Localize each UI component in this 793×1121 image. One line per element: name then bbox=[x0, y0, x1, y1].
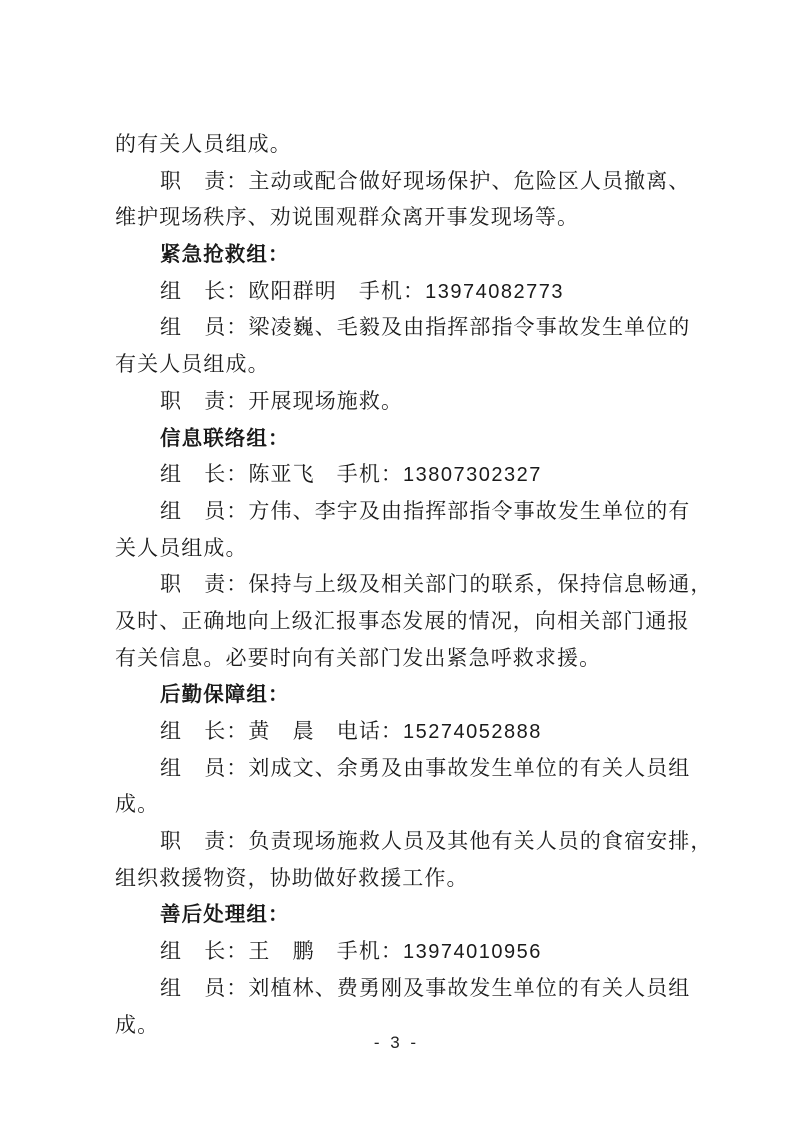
leader-name: 欧阳群明 bbox=[248, 279, 336, 303]
duty-text: 负责现场施救人员及其他有关人员的食宿安排， bbox=[248, 829, 712, 853]
leader-line: 组 长：黄 晨电话：15274052888 bbox=[115, 713, 677, 750]
leader-label: 组 长： bbox=[160, 933, 248, 970]
duty-text: 主动或配合做好现场保护、危险区人员撤离、 bbox=[248, 169, 690, 193]
phone-label: 手机： bbox=[337, 939, 403, 963]
phone-number: 13807302327 bbox=[403, 464, 542, 486]
leader-label: 组 长： bbox=[160, 456, 248, 493]
leader-label: 组 长： bbox=[160, 273, 248, 310]
leader-line: 组 长：欧阳群明手机：13974082773 bbox=[115, 273, 677, 310]
leader-line: 组 长：王 鹏手机：13974010956 bbox=[115, 933, 677, 970]
leader-name: 王 鹏 bbox=[248, 939, 314, 963]
phone-label: 手机： bbox=[337, 462, 403, 486]
duty-line: 职 责：开展现场施救。 bbox=[115, 383, 677, 420]
members-text: 方伟、李宇及由指挥部指令事故发生单位的有 bbox=[248, 499, 690, 523]
duty-label: 职 责： bbox=[160, 383, 248, 420]
text-line: 的有关人员组成。 bbox=[115, 126, 677, 163]
page-content: 的有关人员组成。 职 责：主动或配合做好现场保护、危险区人员撤离、 维护现场秩序… bbox=[115, 126, 677, 1043]
document-page: 的有关人员组成。 职 责：主动或配合做好现场保护、危险区人员撤离、 维护现场秩序… bbox=[0, 0, 793, 1121]
members-line: 组 员：梁凌巍、毛毅及由指挥部指令事故发生单位的 bbox=[115, 309, 677, 346]
members-line: 组 员：刘植林、费勇刚及事故发生单位的有关人员组 bbox=[115, 970, 677, 1007]
members-text: 刘成文、余勇及由事故发生单位的有关人员组 bbox=[248, 756, 690, 780]
section-heading-emergency-rescue: 紧急抢救组： bbox=[115, 236, 677, 273]
section-heading-aftermath: 善后处理组： bbox=[115, 896, 677, 933]
members-line: 组 员：刘成文、余勇及由事故发生单位的有关人员组 bbox=[115, 750, 677, 787]
leader-name: 陈亚飞 bbox=[248, 462, 314, 486]
section-heading-information-liaison: 信息联络组： bbox=[115, 420, 677, 457]
duty-line: 职 责：保持与上级及相关部门的联系，保持信息畅通， bbox=[115, 566, 677, 603]
members-text: 梁凌巍、毛毅及由指挥部指令事故发生单位的 bbox=[248, 315, 690, 339]
phone-number: 13974010956 bbox=[403, 941, 542, 963]
duty-label: 职 责： bbox=[160, 823, 248, 860]
phone-label: 电话： bbox=[337, 719, 403, 743]
text-line: 有关人员组成。 bbox=[115, 346, 677, 383]
members-label: 组 员： bbox=[160, 750, 248, 787]
duty-line: 职 责：主动或配合做好现场保护、危险区人员撤离、 bbox=[115, 163, 677, 200]
leader-label: 组 长： bbox=[160, 713, 248, 750]
members-line: 组 员：方伟、李宇及由指挥部指令事故发生单位的有 bbox=[115, 493, 677, 530]
duty-text: 保持与上级及相关部门的联系，保持信息畅通， bbox=[248, 572, 712, 596]
duty-label: 职 责： bbox=[160, 566, 248, 603]
text-line: 关人员组成。 bbox=[115, 530, 677, 567]
leader-line: 组 长：陈亚飞手机：13807302327 bbox=[115, 456, 677, 493]
text-line: 成。 bbox=[115, 786, 677, 823]
text-line: 维护现场秩序、劝说围观群众离开事发现场等。 bbox=[115, 199, 677, 236]
section-heading-logistics: 后勤保障组： bbox=[115, 676, 677, 713]
members-label: 组 员： bbox=[160, 970, 248, 1007]
members-label: 组 员： bbox=[160, 493, 248, 530]
phone-number: 13974082773 bbox=[425, 281, 564, 303]
duty-line: 职 责：负责现场施救人员及其他有关人员的食宿安排， bbox=[115, 823, 677, 860]
page-number: - 3 - bbox=[0, 1033, 793, 1053]
phone-label: 手机： bbox=[359, 279, 425, 303]
duty-label: 职 责： bbox=[160, 163, 248, 200]
text-line: 有关信息。必要时向有关部门发出紧急呼救求援。 bbox=[115, 640, 677, 677]
phone-number: 15274052888 bbox=[403, 721, 542, 743]
text-line: 及时、正确地向上级汇报事态发展的情况，向相关部门通报 bbox=[115, 603, 677, 640]
duty-text: 开展现场施救。 bbox=[248, 389, 403, 413]
members-text: 刘植林、费勇刚及事故发生单位的有关人员组 bbox=[248, 976, 690, 1000]
members-label: 组 员： bbox=[160, 309, 248, 346]
leader-name: 黄 晨 bbox=[248, 719, 314, 743]
text-line: 组织救援物资，协助做好救援工作。 bbox=[115, 860, 677, 897]
